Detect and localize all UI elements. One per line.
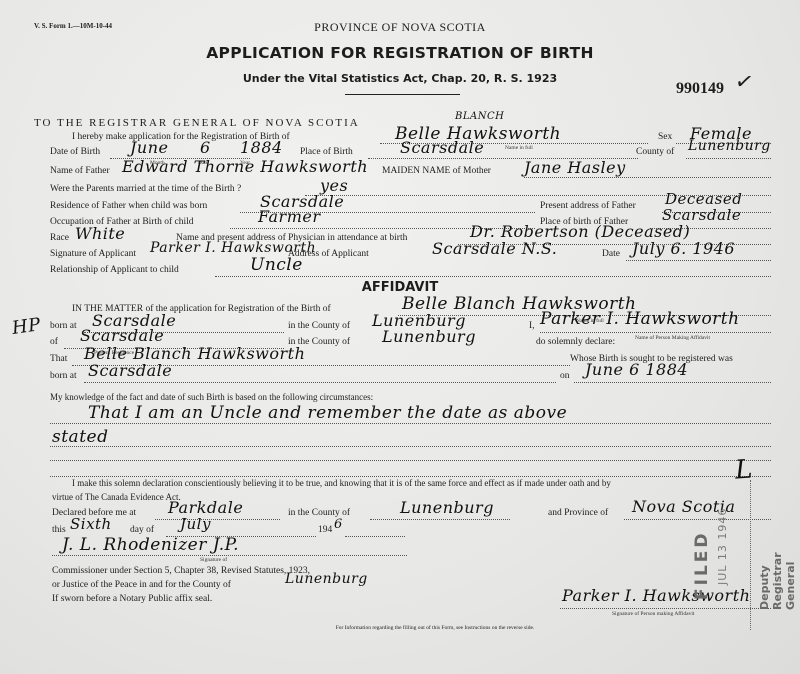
born-at-label: born at (50, 321, 77, 331)
deponent-signature-line (560, 608, 771, 609)
declare-label: do solemnly declare: (536, 337, 615, 347)
commissioner-text: Commissioner under Section 5, Chapter 38… (52, 566, 310, 576)
circumstances-field-2[interactable]: stated (52, 427, 108, 447)
birth-registration-form: V. S. Form 1.—10M-10-44 PROVINCE OF NOVA… (0, 0, 800, 674)
married-label: Were the Parents married at the time of … (50, 184, 241, 194)
circumstances-line-4 (50, 476, 771, 477)
in-county-label: in the County of (288, 321, 350, 331)
father-field[interactable]: Edward Thorne Hawksworth (122, 157, 368, 176)
name-caption: Name in full (505, 145, 533, 151)
date-label: Date (602, 249, 620, 259)
serial-number: 990149 (676, 80, 724, 98)
title-divider (345, 94, 460, 95)
race-field[interactable]: White (75, 224, 125, 243)
on-line (574, 382, 771, 383)
relationship-field[interactable]: Uncle (250, 255, 303, 275)
day-field[interactable]: Sixth (70, 515, 112, 533)
county-field-line (686, 158, 771, 159)
this-label: this (52, 525, 66, 535)
relationship-label: Relationship of Applicant to child (50, 265, 179, 275)
margin-initials: HP (11, 314, 42, 339)
notary-text: If sworn before a Notary Public affix se… (52, 594, 212, 604)
circumstances-line-3 (50, 460, 771, 461)
applicant-address-field[interactable]: Scarsdale N.S. (432, 239, 557, 258)
circumstances-line-1 (50, 423, 771, 424)
date-field[interactable]: July 6. 1946 (632, 239, 735, 258)
circumstances-field-1[interactable]: That I am an Uncle and remember the date… (88, 403, 567, 423)
race-label: Race (50, 233, 69, 243)
year-line (345, 536, 405, 537)
deponent-signature[interactable]: Parker I. Hawksworth (562, 586, 750, 605)
born-at2-field[interactable]: Scarsdale (88, 361, 172, 380)
addressee: TO THE REGISTRAR GENERAL OF NOVA SCOTIA (34, 117, 360, 129)
on-field[interactable]: June 6 1884 (585, 360, 688, 379)
name-insert: BLANCH (455, 111, 504, 122)
footer-note: For Information regarding the filling ou… (0, 625, 800, 631)
commissioner-signature-line (52, 555, 407, 556)
province-line (624, 519, 771, 520)
year-prefix: 194 (318, 525, 332, 535)
circumstances-line-2 (50, 446, 771, 447)
on-label: on (560, 371, 570, 381)
sex-label: Sex (658, 132, 672, 142)
mother-field-line (524, 177, 771, 178)
signature-of-caption: Signature of (200, 557, 227, 563)
deponent-line (540, 332, 771, 333)
dob-label: Date of Birth (50, 147, 100, 157)
form-title: APPLICATION FOR REGISTRATION OF BIRTH (0, 44, 800, 62)
born-at2-label: born at (50, 371, 77, 381)
declaration-text-1: I make this solemn declaration conscient… (72, 478, 611, 488)
filed-stamp-office: Deputy Registrar General (758, 552, 797, 610)
deponent-caption: Name of Person Making Affidavit (635, 335, 710, 341)
knowledge-label: My knowledge of the fact and date of suc… (50, 392, 373, 402)
i-label: I, (529, 321, 535, 331)
affidavit-heading: AFFIDAVIT (0, 280, 800, 295)
of-field[interactable]: Scarsdale (80, 326, 164, 345)
county-field[interactable]: Lunenburg (688, 138, 771, 154)
county-label: County of (636, 147, 674, 157)
relationship-field-line (215, 276, 771, 277)
filed-stamp: FILED (692, 531, 712, 601)
mother-field[interactable]: Jane Hasley (524, 158, 626, 177)
deponent-signature-caption: Signature of Person making Affidavit (612, 611, 694, 617)
that-label: That (50, 354, 67, 364)
stamp-divider (750, 480, 751, 630)
place-field[interactable]: Scarsdale (400, 138, 484, 157)
date-field-line (626, 260, 771, 261)
dob-year[interactable]: 1884 (240, 138, 283, 157)
occupation-field[interactable]: Farmer (258, 207, 321, 226)
of-county-field[interactable]: Lunenburg (382, 327, 476, 346)
commissioner-signature[interactable]: J. L. Rhodenizer J.P. (62, 535, 239, 555)
justice-label: or Justice of the Peace in and for the C… (52, 580, 231, 590)
deponent-field[interactable]: Parker I. Hawksworth (540, 309, 740, 329)
day-of-label: day of (130, 525, 154, 535)
province-heading: PROVINCE OF NOVA SCOTIA (0, 20, 800, 35)
declaration-text-2: virtue of The Canada Evidence Act. (52, 492, 181, 502)
residence-label: Residence of Father when child was born (50, 201, 207, 211)
dob-day[interactable]: 6 (200, 138, 211, 157)
mother-label: MAIDEN NAME of Mother (382, 166, 491, 176)
declared-county-field[interactable]: Lunenburg (400, 498, 494, 517)
signature-label: Signature of Applicant (50, 249, 136, 259)
declared-county-line (370, 519, 510, 520)
check-mark-icon: ✓ (733, 69, 755, 97)
father-label: Name of Father (50, 166, 110, 176)
present-address-label: Present address of Father (540, 201, 636, 211)
dob-month[interactable]: June (130, 138, 169, 157)
born-at2-line (84, 382, 556, 383)
place-label: Place of Birth (300, 147, 353, 157)
declared-line (155, 519, 280, 520)
province-label: and Province of (548, 508, 608, 518)
justice-county-field[interactable]: Lunenburg (285, 571, 368, 587)
filed-stamp-date: JUL 13 1946 (716, 508, 729, 585)
of-label: of (50, 337, 58, 347)
year-suffix-field[interactable]: 6 (334, 517, 343, 532)
month-field[interactable]: July (180, 515, 211, 533)
